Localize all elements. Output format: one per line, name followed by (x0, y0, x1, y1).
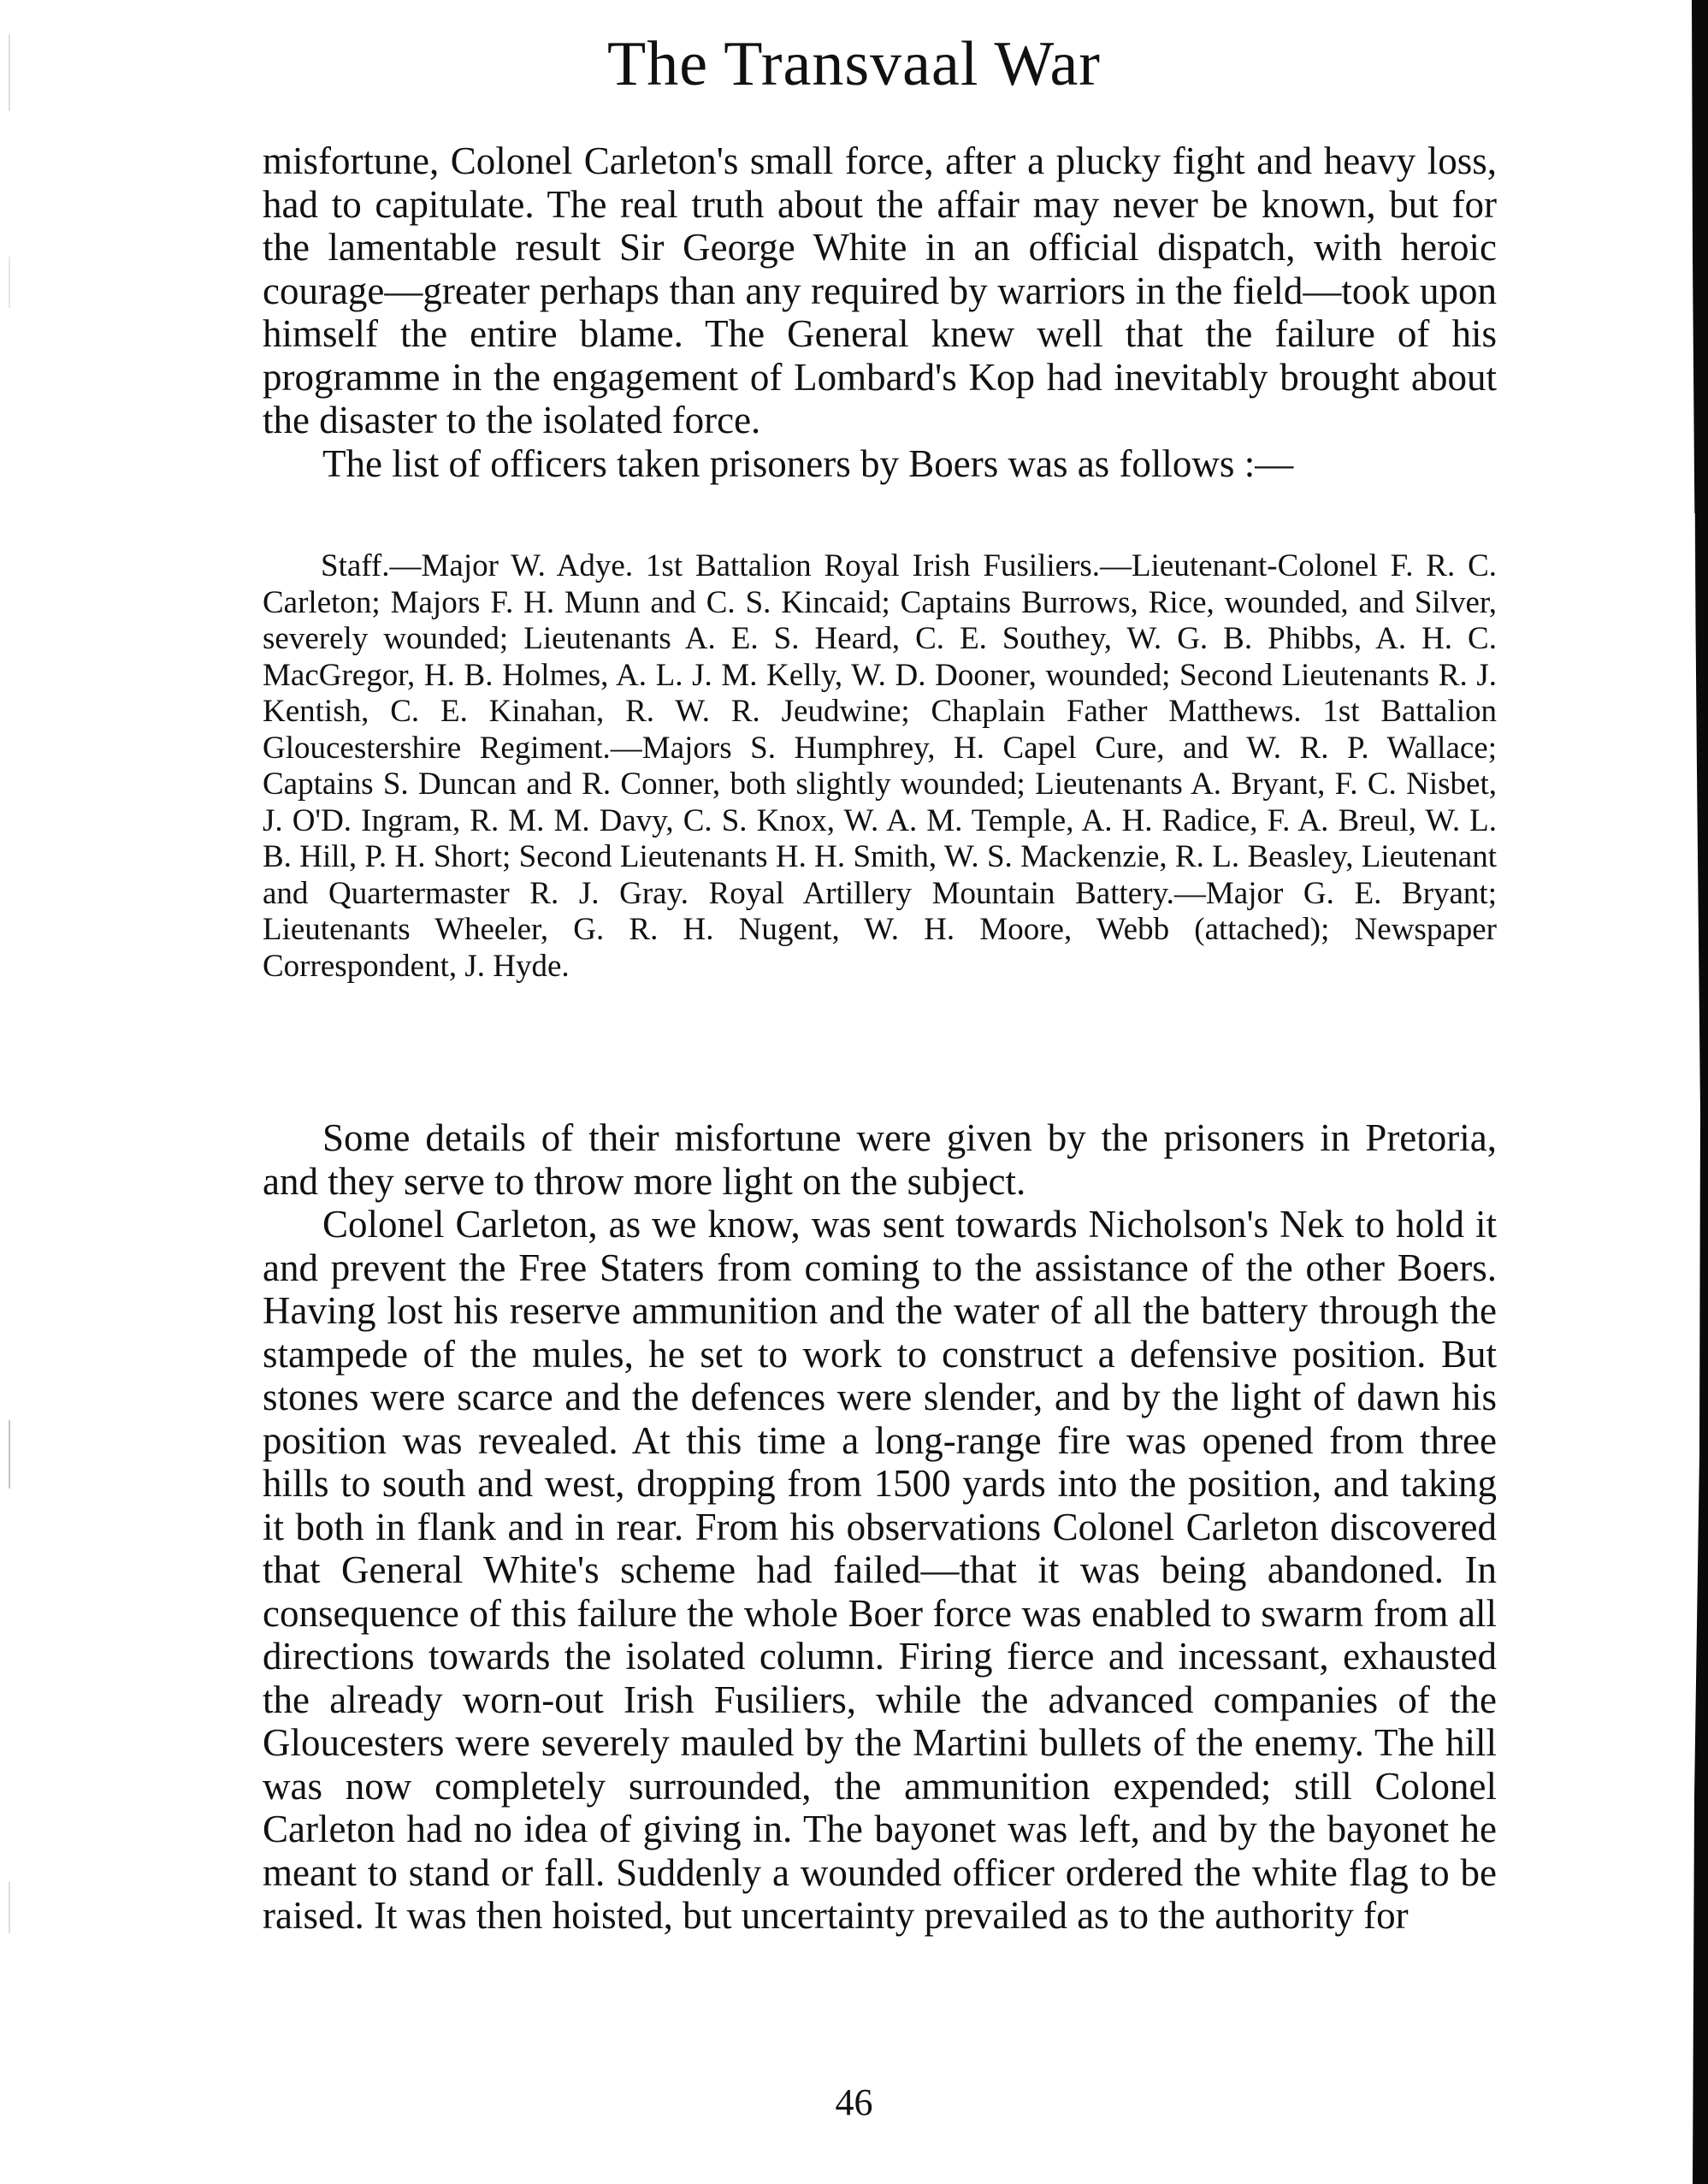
left-margin-specks (7, 0, 12, 2184)
running-head-title: The Transvaal War (0, 33, 1708, 96)
paragraph-capitulation: misfortune, Colonel Carleton's small for… (263, 139, 1497, 442)
book-page: The Transvaal War misfortune, Colonel Ca… (0, 0, 1708, 2184)
prisoner-list-block: Staff.—Major W. Adye. 1st Battalion Roya… (263, 548, 1497, 985)
spine-edge-graphic (1689, 0, 1708, 2184)
paragraph-prisoner-details: Some details of their misfortune were gi… (263, 1116, 1497, 1203)
page-number: 46 (0, 2080, 1708, 2124)
top-text-block: misfortune, Colonel Carleton's small for… (263, 139, 1497, 485)
prisoner-list: Staff.—Major W. Adye. 1st Battalion Roya… (263, 548, 1497, 985)
paragraph-carleton-narrative: Colonel Carleton, as we know, was sent t… (263, 1203, 1497, 1938)
bottom-text-block: Some details of their misfortune were gi… (263, 1116, 1497, 1938)
spine-shadow-edge (1689, 0, 1708, 2184)
paragraph-list-intro: The list of officers taken prisoners by … (263, 442, 1497, 486)
